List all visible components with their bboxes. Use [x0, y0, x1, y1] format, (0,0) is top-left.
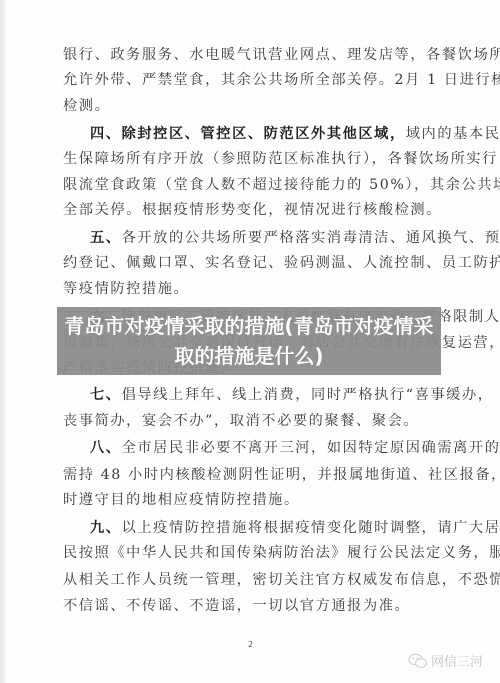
document-line: 生保障场所有序开放（参照防范区标准执行），各餐饮场所实行 [63, 150, 498, 168]
section-eight-heading: 八、全市居民非必要不离开三河，如因特定原因确需离开的， [90, 439, 500, 457]
overlay-title: 青岛市对疫情采取的措施(青岛市对疫情采取的措施是什么) [57, 311, 441, 371]
section-five-heading: 五、各开放的公共场所要严格落实消毒清洁、通风换气、预 [90, 229, 500, 247]
line-text: 不信谣、不传谣、不造谣，一切以官方通报为准。 [63, 598, 410, 614]
document-line: 银行、政务服务、水电暖气讯营业网点、理发店等，各餐饮场所 [63, 46, 500, 64]
document-line: 全部关停。根据疫情形势变化，视情况进行核酸检测。 [63, 201, 442, 219]
document-line: 等疫情防控措施。 [63, 280, 189, 298]
section-four-heading: 四、除封控区、管控区、防范区外其他区域，域内的基本民 [90, 125, 500, 143]
line-text: 倡导线上拜年、线上消费，同时严格执行“喜事缓办， [122, 387, 494, 403]
line-text: 丧事简办，宴会不办”，取消不必要的聚餐、聚会。 [63, 413, 419, 429]
document-line: 时遵守目的地相应疫情防控措施。 [63, 491, 300, 509]
line-text: 从相关工作人员统一管理，密切关注官方权威发布信息，不恐慌、 [63, 572, 500, 588]
title-overlay-banner: 青岛市对疫情采取的措施(青岛市对疫情采取的措施是什么) [57, 307, 441, 375]
watermark: 网信三河 [408, 651, 483, 670]
line-text: 检测。 [63, 98, 110, 114]
line-text: 全部关停。根据疫情形势变化，视情况进行核酸检测。 [63, 202, 442, 218]
line-text: 银行、政务服务、水电暖气讯营业网点、理发店等，各餐饮场所 [63, 47, 500, 63]
line-text: 民按照《中华人民共和国传染病防治法》履行公民法定义务，服 [63, 545, 500, 561]
line-text: 约登记、佩戴口罩、实名登记、验码测温、人流控制、员工防护 [63, 255, 500, 271]
document-line: 从相关工作人员统一管理，密切关注官方权威发布信息，不恐慌、 [63, 571, 500, 589]
line-text: 需持 48 小时内核酸检测阴性证明，并报属地街道、社区报备，同 [63, 467, 500, 483]
section-heading-bold: 五、 [90, 230, 122, 246]
section-heading-bold: 九、 [90, 520, 122, 536]
line-text: 允许外带、严禁堂食，其余公共场所全部关停。2月 1 日进行核酸 [63, 72, 500, 88]
line-text: 全市居民非必要不离开三河，如因特定原因确需离开的， [122, 440, 500, 456]
watermark-label: 网信三河 [431, 651, 483, 670]
line-text: 限流堂食政策（堂食人数不超过接待能力的 50%），其余公共场所 [63, 177, 500, 193]
page-number: 2 [248, 640, 253, 649]
document-line: 限流堂食政策（堂食人数不超过接待能力的 50%），其余公共场所 [63, 176, 500, 194]
line-text: 以上疫情防控措施将根据疫情变化随时调整，请广大居 [122, 520, 500, 536]
wechat-icon [408, 653, 428, 669]
section-heading-bold: 七、 [90, 387, 122, 403]
document-line: 检测。 [63, 97, 110, 115]
document-line: 约登记、佩戴口罩、实名登记、验码测温、人流控制、员工防护 [63, 254, 500, 272]
section-nine-heading: 九、以上疫情防控措施将根据疫情变化随时调整，请广大居 [90, 519, 500, 537]
section-heading-bold: 四、除封控区、管控区、防范区外其他区域， [90, 126, 406, 142]
line-text: 等疫情防控措施。 [63, 281, 189, 297]
section-heading-bold: 八、 [90, 440, 122, 456]
line-text: 域内的基本民 [406, 126, 500, 142]
document-line: 丧事简办，宴会不办”，取消不必要的聚餐、聚会。 [63, 412, 419, 430]
document-line: 允许外带、严禁堂食，其余公共场所全部关停。2月 1 日进行核酸 [63, 71, 500, 89]
document-line: 需持 48 小时内核酸检测阴性证明，并报属地街道、社区报备，同 [63, 466, 500, 484]
document-line: 不信谣、不传谣、不造谣，一切以官方通报为准。 [63, 597, 410, 615]
line-text: 生保障场所有序开放（参照防范区标准执行），各餐饮场所实行 [63, 151, 498, 167]
document-line: 民按照《中华人民共和国传染病防治法》履行公民法定义务，服 [63, 544, 500, 562]
line-text: 各开放的公共场所要严格落实消毒清洁、通风换气、预 [122, 230, 500, 246]
section-seven-heading: 七、倡导线上拜年、线上消费，同时严格执行“喜事缓办， [90, 386, 494, 404]
line-text: 时遵守目的地相应疫情防控措施。 [63, 492, 300, 508]
